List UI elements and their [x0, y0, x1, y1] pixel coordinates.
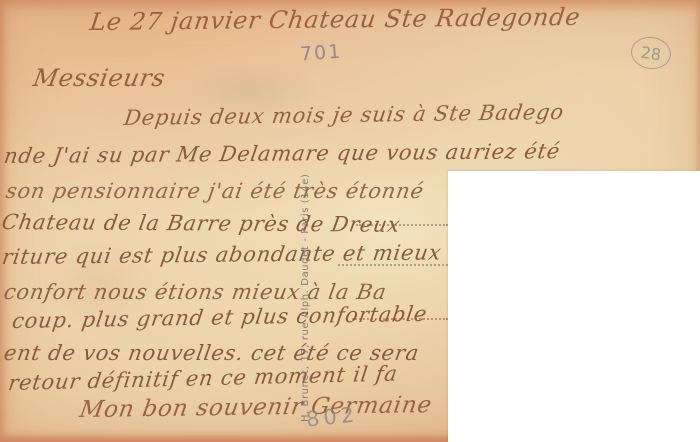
handwritten-body-line: Depuis deux mois je suis à Ste Badego — [123, 100, 566, 130]
pencil-circled-number: 28 — [629, 34, 673, 71]
handwritten-body-line: confort nous étions mieux à la Ba — [2, 280, 388, 304]
handwritten-body-line: ent de vos nouvelles. cet été ce sera — [2, 341, 421, 365]
handwritten-body-line: retour définitif en ce moment il fa — [7, 361, 400, 395]
pencil-circled-number-value: 28 — [640, 42, 663, 64]
handwritten-body-line: son pensionnaire j'ai été très étonné — [4, 179, 426, 203]
handwritten-body-line: riture qui est plus abondante et mieux — [0, 240, 443, 269]
handwritten-signature: Mon bon souvenir Germaine — [78, 392, 434, 423]
handwritten-date-line: Le 27 janvier Chateau Ste Radegonde — [88, 3, 582, 36]
handwritten-body-line: nde J'ai su par Me Delamare que vous aur… — [2, 139, 562, 168]
pencil-number-top: 701 — [299, 41, 343, 66]
handwritten-body-line: coup. plus grand et plus confortable — [11, 302, 429, 333]
postcard-scan: Le 27 janvier Chateau Ste Radegonde Mess… — [0, 0, 700, 442]
handwritten-body-line: Chateau de la Barre près de Dreux — [0, 210, 402, 237]
handwritten-salutation: Messieurs — [31, 64, 168, 92]
white-overlay-rectangle — [448, 171, 700, 442]
printer-credit-vertical-text: H. Brunot, 17, rue Alph. Daudet - Paris … — [300, 98, 316, 422]
